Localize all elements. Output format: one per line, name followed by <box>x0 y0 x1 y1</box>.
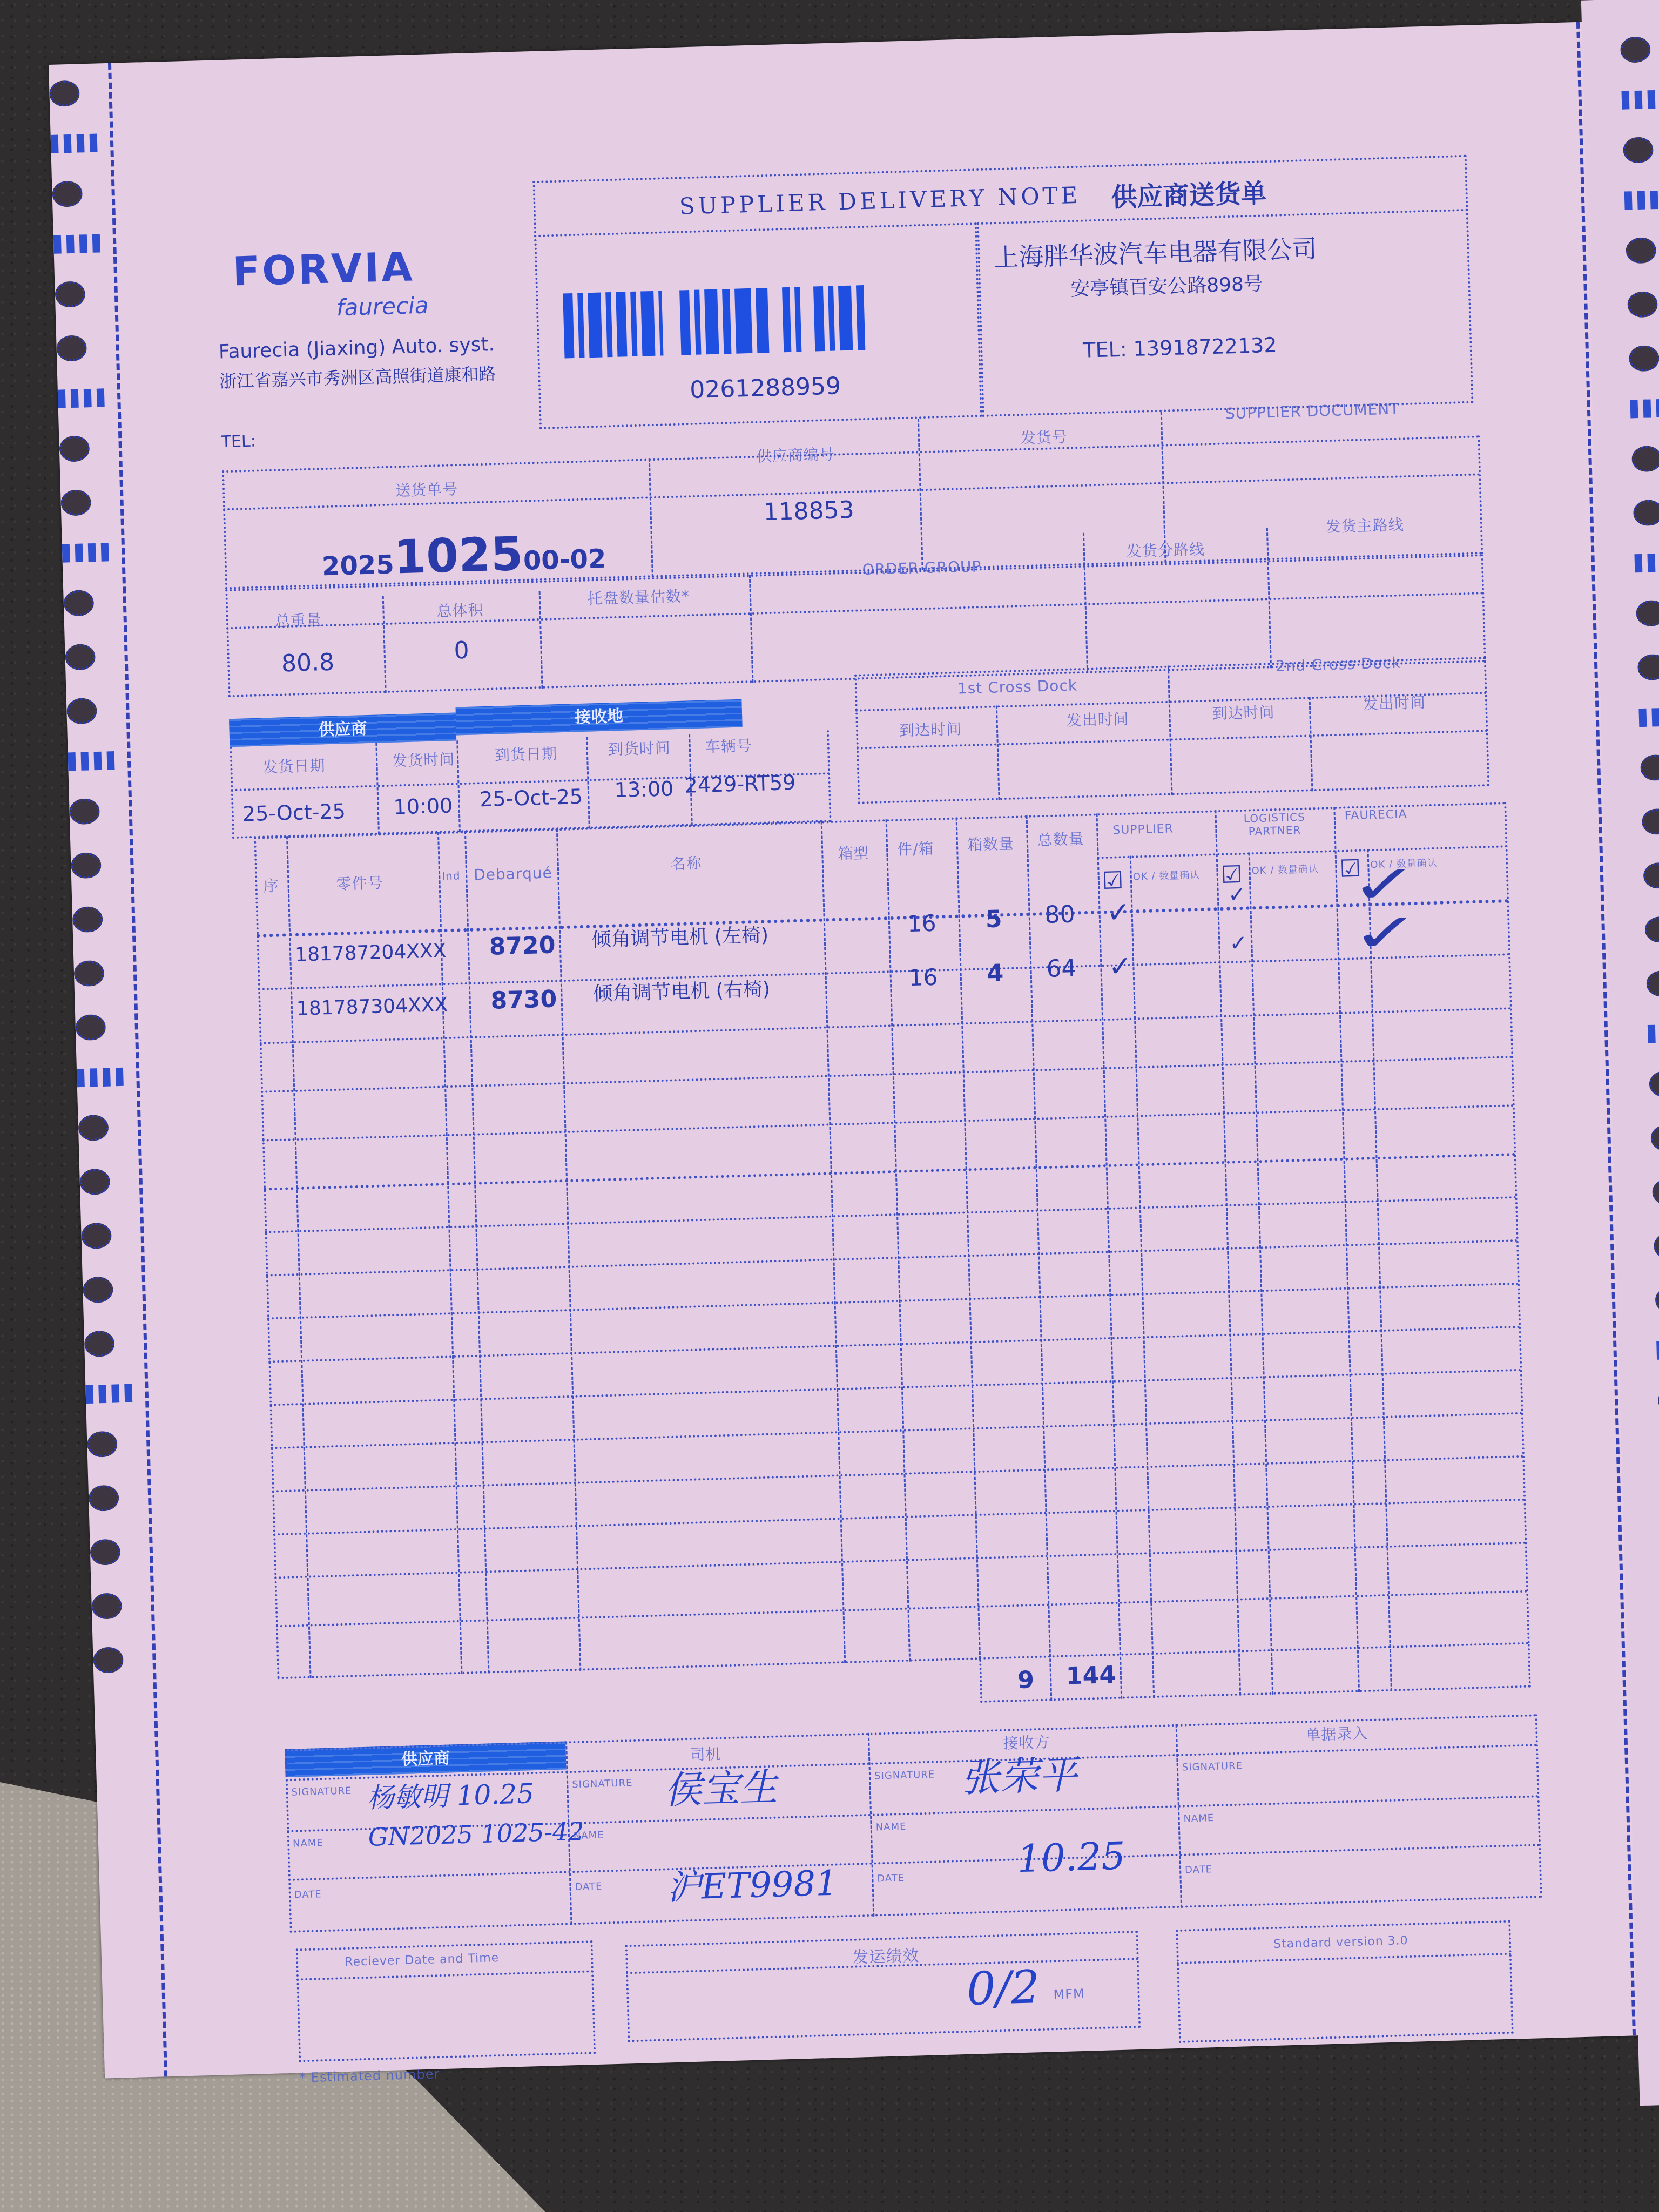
faurecia-check-mark: ✓ <box>1350 902 1421 965</box>
second-cross-dock-label: 2nd Cross Dock <box>1276 654 1401 675</box>
total-weight-label: 总重量 <box>274 608 322 631</box>
ship-date: 25-Oct-25 <box>242 799 346 826</box>
delivery-note-sheet: FORVIA faurecia Faurecia (Jiaxing) Auto.… <box>49 20 1659 2079</box>
supplier-checkbox-icon[interactable]: ☑ <box>1102 867 1124 895</box>
customer-address: 浙江省嘉兴市秀洲区高照街道康和路 <box>219 360 496 393</box>
col-name: 名称 <box>670 852 702 874</box>
part-no: 181787304XXX <box>296 994 448 1020</box>
faurecia-logo: faurecia <box>336 292 429 321</box>
driver-signature[interactable]: 侯宝生 <box>663 1757 778 1815</box>
total-weight-value: 80.8 <box>281 649 334 678</box>
check-group-faurecia: FAURECIA <box>1344 807 1407 822</box>
supplier-check-mark: ✓ <box>1108 950 1132 983</box>
first-cross-dock-label: 1st Cross Dock <box>957 676 1077 697</box>
delivery-no-label: 送货单号 <box>395 477 458 501</box>
entry-label: 单据录入 <box>1305 1722 1368 1745</box>
schedule-col-0: 发货日期 <box>262 754 326 777</box>
col-per-box: 件/箱 <box>897 837 935 860</box>
receiver-band: 接收地 <box>456 699 743 736</box>
customer-tel-label: TEL: <box>221 432 256 452</box>
debarque: 8730 <box>490 985 557 1014</box>
col-part-no: 零件号 <box>336 871 383 894</box>
col-seq: 序 <box>263 874 279 896</box>
col-ind: Ind <box>442 869 461 882</box>
forvia-logo: FORVIA <box>232 244 415 295</box>
title-chinese: 供应商送货单 <box>1111 172 1267 214</box>
receiver-date[interactable]: 10.25 <box>1016 1834 1126 1881</box>
first-cross-dock-departure: 发出时间 <box>1066 707 1129 731</box>
boxes: 4 <box>987 959 1004 987</box>
shipment-no-label: 发货号 <box>1020 426 1068 448</box>
vehicle-no: 2429-RT59 <box>684 771 796 798</box>
ship-time: 10:00 <box>393 794 453 819</box>
total-volume-value: 0 <box>454 637 469 665</box>
arrival-time: 13:00 <box>614 777 674 802</box>
col-boxes: 箱数量 <box>967 832 1014 855</box>
check-group-supplier: SUPPLIER <box>1112 822 1174 837</box>
supplier-code-value: 118853 <box>763 496 854 527</box>
check-group-logistics: LOGISTICS PARTNER <box>1220 810 1329 839</box>
barcode <box>563 285 865 359</box>
performance-handwritten[interactable]: 0/2 <box>966 1960 1041 2015</box>
col-box-type: 箱型 <box>838 841 869 864</box>
debarque: 8720 <box>489 931 556 960</box>
schedule-col-3: 到货时间 <box>608 736 671 759</box>
total-quantity: 144 <box>1065 1661 1116 1690</box>
total-qty: 64 <box>1046 955 1077 983</box>
logistics-check-mark: ✓ <box>1228 882 1246 908</box>
per-box: 16 <box>908 964 938 991</box>
part-no: 181787204XXX <box>295 940 447 966</box>
schedule-col-2: 到货日期 <box>494 742 557 765</box>
feed-hole-icon <box>49 80 80 107</box>
boxes: 5 <box>985 905 1002 933</box>
barcode-number: 0261288959 <box>690 372 841 404</box>
logistics-check-mark: ✓ <box>1229 931 1248 956</box>
arrival-date: 25-Oct-25 <box>480 785 583 811</box>
route-sub-label: 发货分路线 <box>1126 538 1205 562</box>
customer-name: Faurecia (Jiaxing) Auto. syst. <box>218 333 495 363</box>
second-cross-dock-arrival: 到达时间 <box>1212 700 1275 724</box>
first-cross-dock-arrival: 到达时间 <box>899 717 962 740</box>
total-boxes: 9 <box>1017 1666 1035 1694</box>
second-cross-dock-departure: 发出时间 <box>1363 691 1426 714</box>
order-group-label: ORDER GROUP <box>862 557 982 578</box>
total-volume-label: 总体积 <box>436 598 484 621</box>
performance-label: 发运绩效 <box>852 1942 920 1967</box>
col-total: 总数量 <box>1037 827 1084 850</box>
item-name: 倾角调节电机 (左椅) <box>591 920 769 952</box>
per-box: 16 <box>907 910 936 937</box>
supplier-code-label: 供应商编号 <box>756 443 835 467</box>
estimated-packages-label: 托盘数量估数* <box>587 584 690 609</box>
supplier-signature[interactable]: 杨敏明 10.25 <box>367 1772 535 1816</box>
performance-unit: MFM <box>1053 1986 1085 2002</box>
schedule-col-4: 车辆号 <box>705 734 752 757</box>
supplier-address: 安亭镇百安公路898号 <box>1070 268 1264 301</box>
delivery-no-value: 2025102500-02 <box>321 525 606 587</box>
supplier-name-handwritten[interactable]: GN2025 1025-42 <box>368 1817 584 1852</box>
total-qty: 80 <box>1044 901 1075 929</box>
col-debarque: Debarqué <box>474 864 552 884</box>
receiver-signature[interactable]: 张荣平 <box>960 1743 1078 1803</box>
supplier-check-mark: ✓ <box>1107 896 1131 929</box>
schedule-col-1: 发货时间 <box>392 748 455 771</box>
driver-plate[interactable]: 沪ET9981 <box>666 1856 838 1910</box>
route-main-label: 发货主路线 <box>1325 513 1404 537</box>
item-name: 倾角调节电机 (右椅) <box>593 974 771 1006</box>
